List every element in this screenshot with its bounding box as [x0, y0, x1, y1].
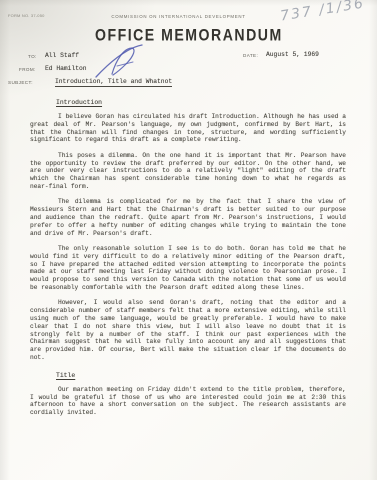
paragraph: The dilemma is complicated for me by the…	[30, 198, 346, 237]
paragraph: Our marathon meeting on Friday didn't ex…	[30, 386, 346, 417]
paragraph: I believe Goran has circulated his draft…	[30, 113, 346, 144]
paragraph: This poses a dilemma. On the one hand it…	[30, 152, 346, 191]
handwritten-file-reference: 737 /1/36	[279, 0, 366, 25]
from-label: FROM:	[19, 67, 36, 72]
to-value: All Staff	[45, 52, 79, 59]
memo-title: OFFICE MEMORANDUM	[0, 27, 377, 45]
from-value: Ed Hamilton	[45, 65, 87, 72]
date-value: August 5, 1969	[266, 51, 319, 58]
paragraph: However, I would also send Goran's draft…	[30, 299, 346, 362]
paragraph: The only reasonable solution I see is to…	[30, 245, 346, 292]
memo-body: Introduction I believe Goran has circula…	[30, 99, 346, 425]
subject-label: SUBJECT:	[8, 80, 33, 85]
memo-page: FORM NO. 37-050 COMMISSION ON INTERNATIO…	[0, 0, 377, 480]
section-heading-introduction: Introduction	[56, 99, 346, 106]
to-label: TO:	[28, 54, 37, 59]
date-label: DATE:	[243, 53, 258, 58]
subject-value: Introduction, Title and Whatnot	[55, 78, 172, 87]
handwritten-initials-mark	[92, 42, 148, 82]
section-heading-title: Title	[56, 372, 346, 379]
